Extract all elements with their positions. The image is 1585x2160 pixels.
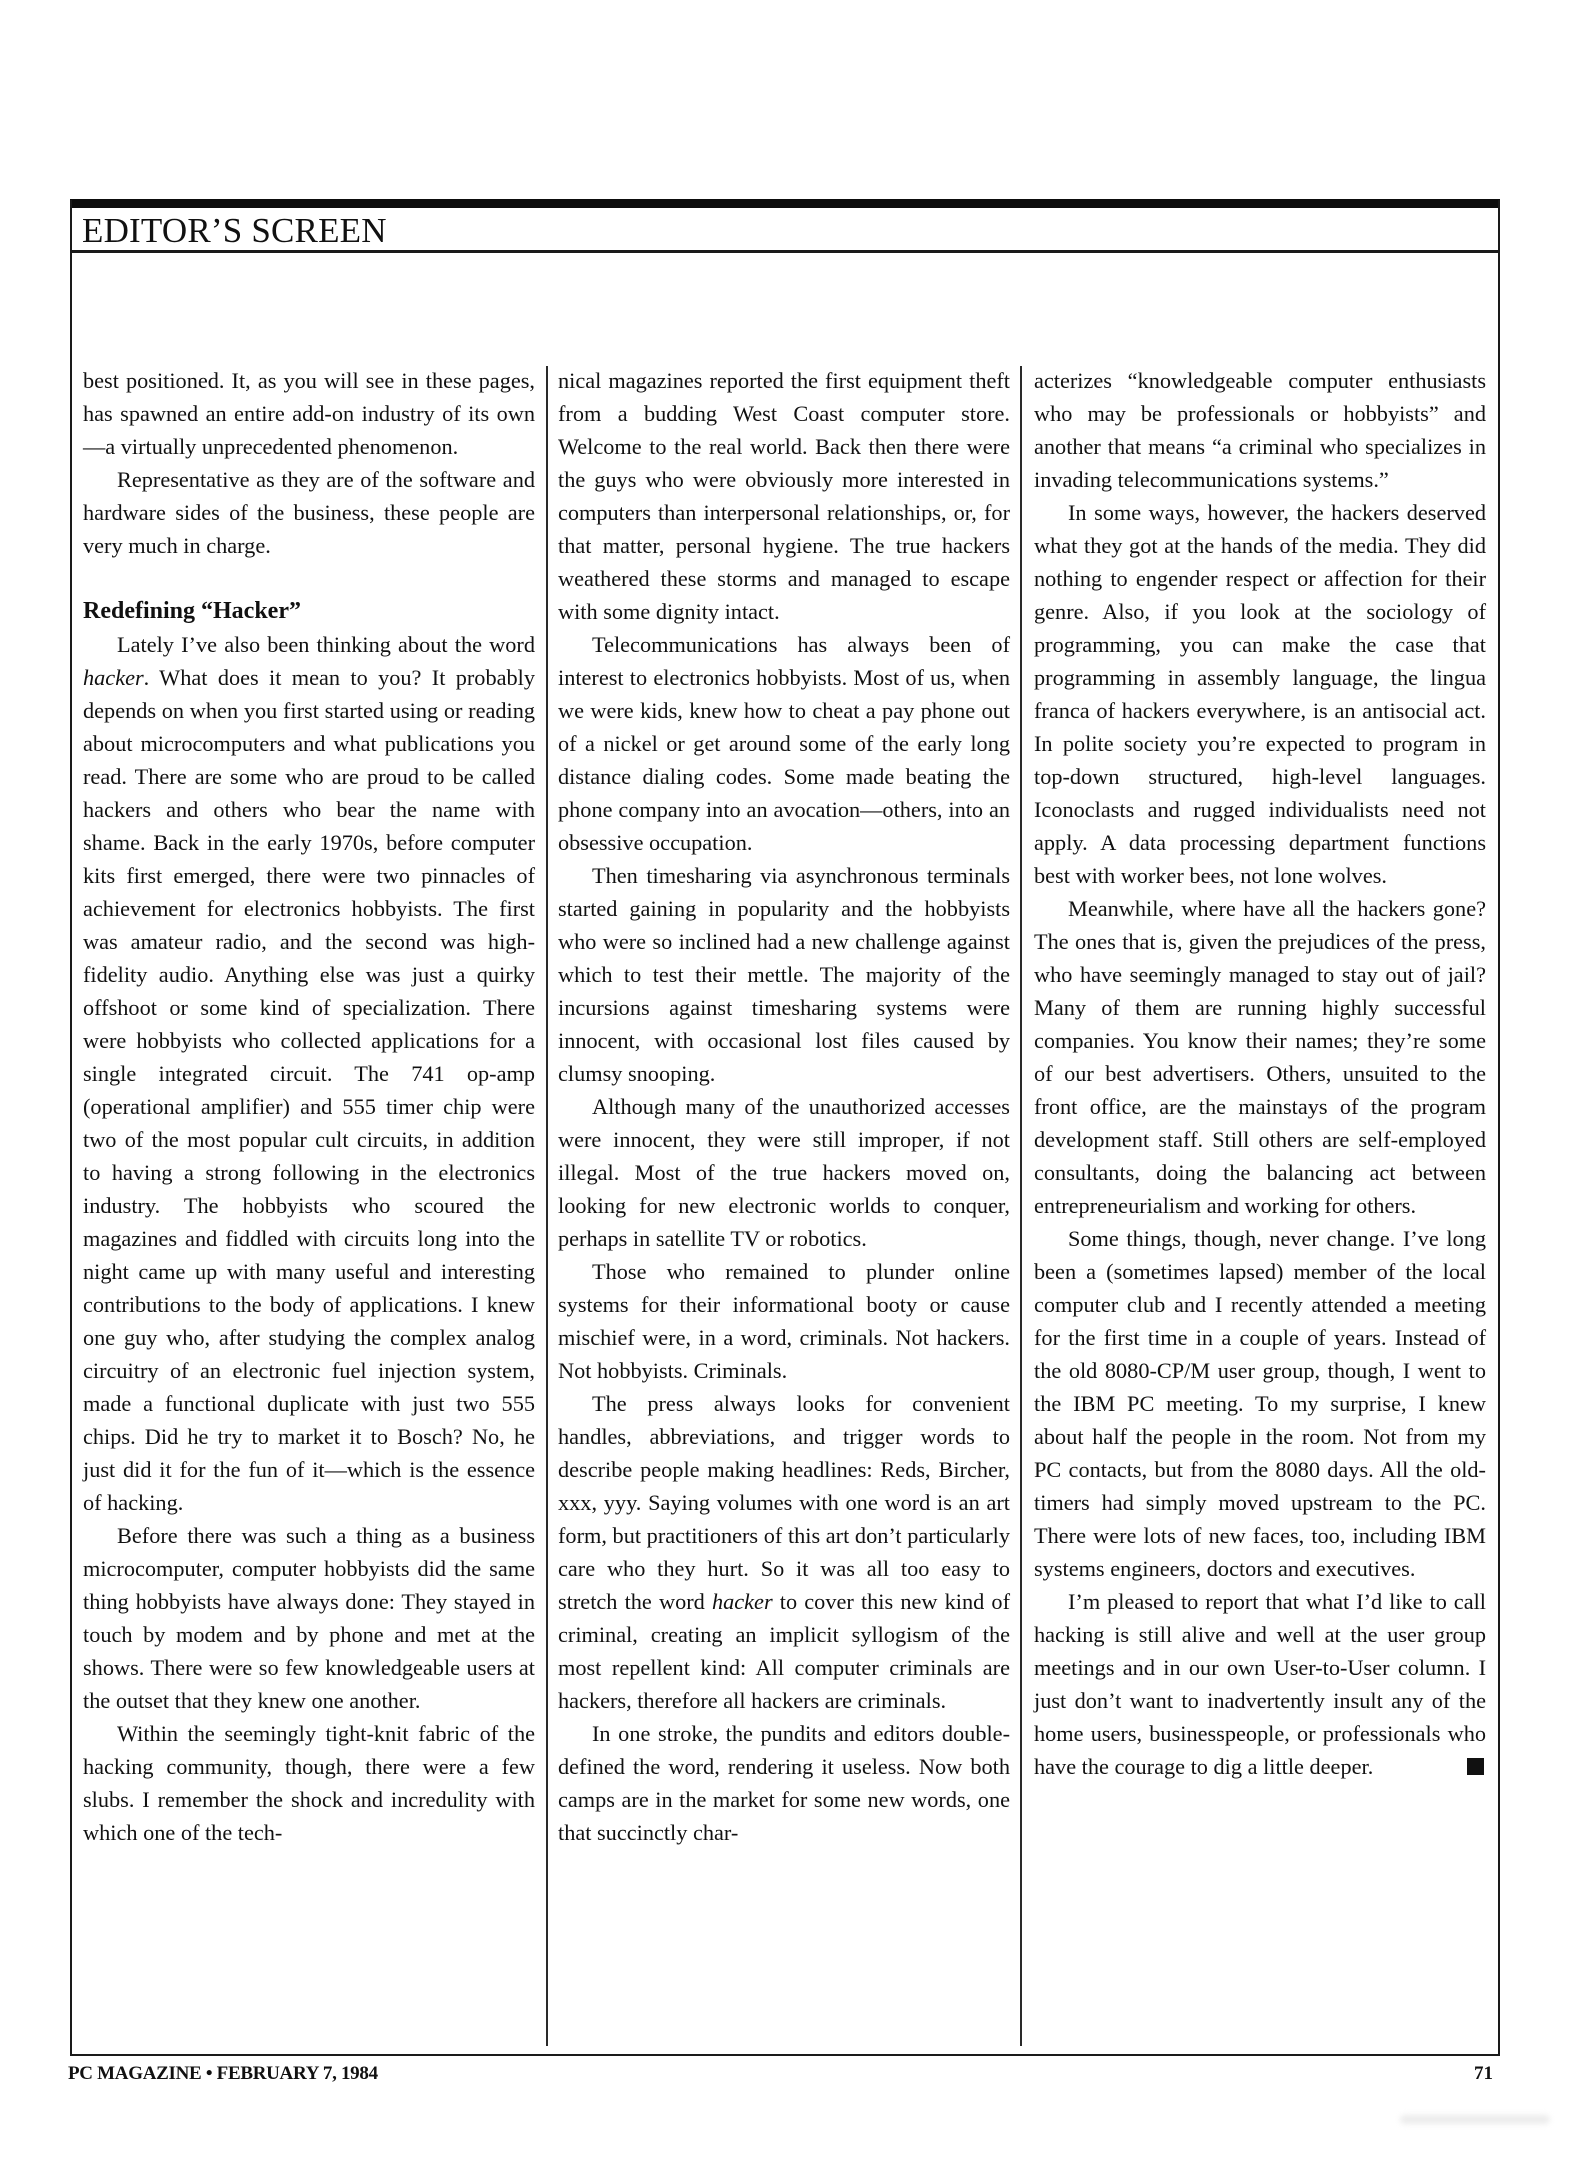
article-paragraph: Lately I’ve also been thinking about the… (83, 628, 535, 1519)
column-divider (546, 366, 548, 2046)
article-column-2: nical magazines reported the first equip… (558, 364, 1010, 1849)
end-of-article-mark-icon (1467, 1758, 1484, 1775)
section-title: EDITOR’S SCREEN (82, 211, 387, 251)
header-rule (70, 250, 1500, 253)
article-column-1: best positioned. It, as you will see in … (83, 364, 535, 1849)
article-paragraph: Within the seemingly tight-knit fabric o… (83, 1717, 535, 1849)
emphasis-text: hacker (712, 1589, 773, 1614)
article-paragraph: The press always looks for convenient ha… (558, 1387, 1010, 1717)
article-paragraph: Meanwhile, where have all the hackers go… (1034, 892, 1486, 1222)
article-paragraph: Telecommunications has always been of in… (558, 628, 1010, 859)
scan-smudge (1400, 2115, 1550, 2124)
article-paragraph: In one stroke, the pundits and editors d… (558, 1717, 1010, 1849)
column-divider (1020, 366, 1022, 2046)
article-paragraph: I’m pleased to report that what I’d like… (1034, 1585, 1486, 1783)
article-paragraph: acterizes “knowledgeable computer enthus… (1034, 364, 1486, 496)
article-paragraph: best positioned. It, as you will see in … (83, 364, 535, 463)
article-paragraph: nical magazines reported the first equip… (558, 364, 1010, 628)
footer-publication: PC MAGAZINE • FEBRUARY 7, 1984 (68, 2063, 378, 2085)
article-paragraph: Representative as they are of the softwa… (83, 463, 535, 562)
article-paragraph: Although many of the unauthorized access… (558, 1090, 1010, 1255)
emphasis-text: hacker (83, 665, 144, 690)
article-paragraph: In some ways, however, the hackers deser… (1034, 496, 1486, 892)
article-column-3: acterizes “knowledgeable computer enthus… (1034, 364, 1486, 1783)
article-paragraph: Some things, though, never change. I’ve … (1034, 1222, 1486, 1585)
page-number: 71 (1474, 2063, 1493, 2085)
article-paragraph: Before there was such a thing as a busin… (83, 1519, 535, 1717)
article-paragraph: Then timesharing via asynchronous termin… (558, 859, 1010, 1090)
article-paragraph: Those who remained to plunder online sys… (558, 1255, 1010, 1387)
section-subheading: Redefining “Hacker” (83, 595, 535, 628)
